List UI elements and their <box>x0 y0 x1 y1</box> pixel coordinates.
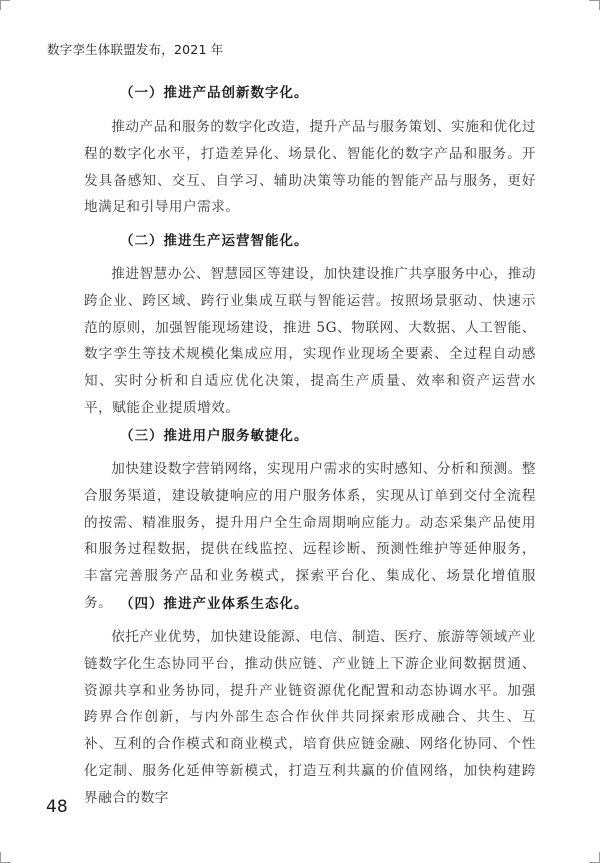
crop-mark-top-left <box>0 0 1 10</box>
section-paragraph-1: 推动产品和服务的数字化改造，提升产品与服务策划、实施和优化过程的数字化水平，打造… <box>84 114 536 221</box>
crop-mark-top-left <box>0 0 10 1</box>
page-number: 48 <box>46 797 68 817</box>
section-heading-3: （三）推进用户服务敏捷化。 <box>120 424 309 444</box>
section-paragraph-2: 推进智慧办公、智慧园区等建设，加快建设推广共享服务中心，推动跨企业、跨区域、跨行… <box>84 261 536 422</box>
running-head: 数字孪生体联盟发布，2021 年 <box>47 40 224 58</box>
section-heading-2: （二）推进生产运营智能化。 <box>120 229 309 249</box>
section-heading-4: （四）推进产业体系生态化。 <box>120 592 309 612</box>
section-heading-1: （一）推进产品创新数字化。 <box>120 81 309 101</box>
section-paragraph-4: 依托产业优势，加快建设能源、电信、制造、医疗、旅游等领域产业链数字化生态协同平台… <box>84 624 536 812</box>
